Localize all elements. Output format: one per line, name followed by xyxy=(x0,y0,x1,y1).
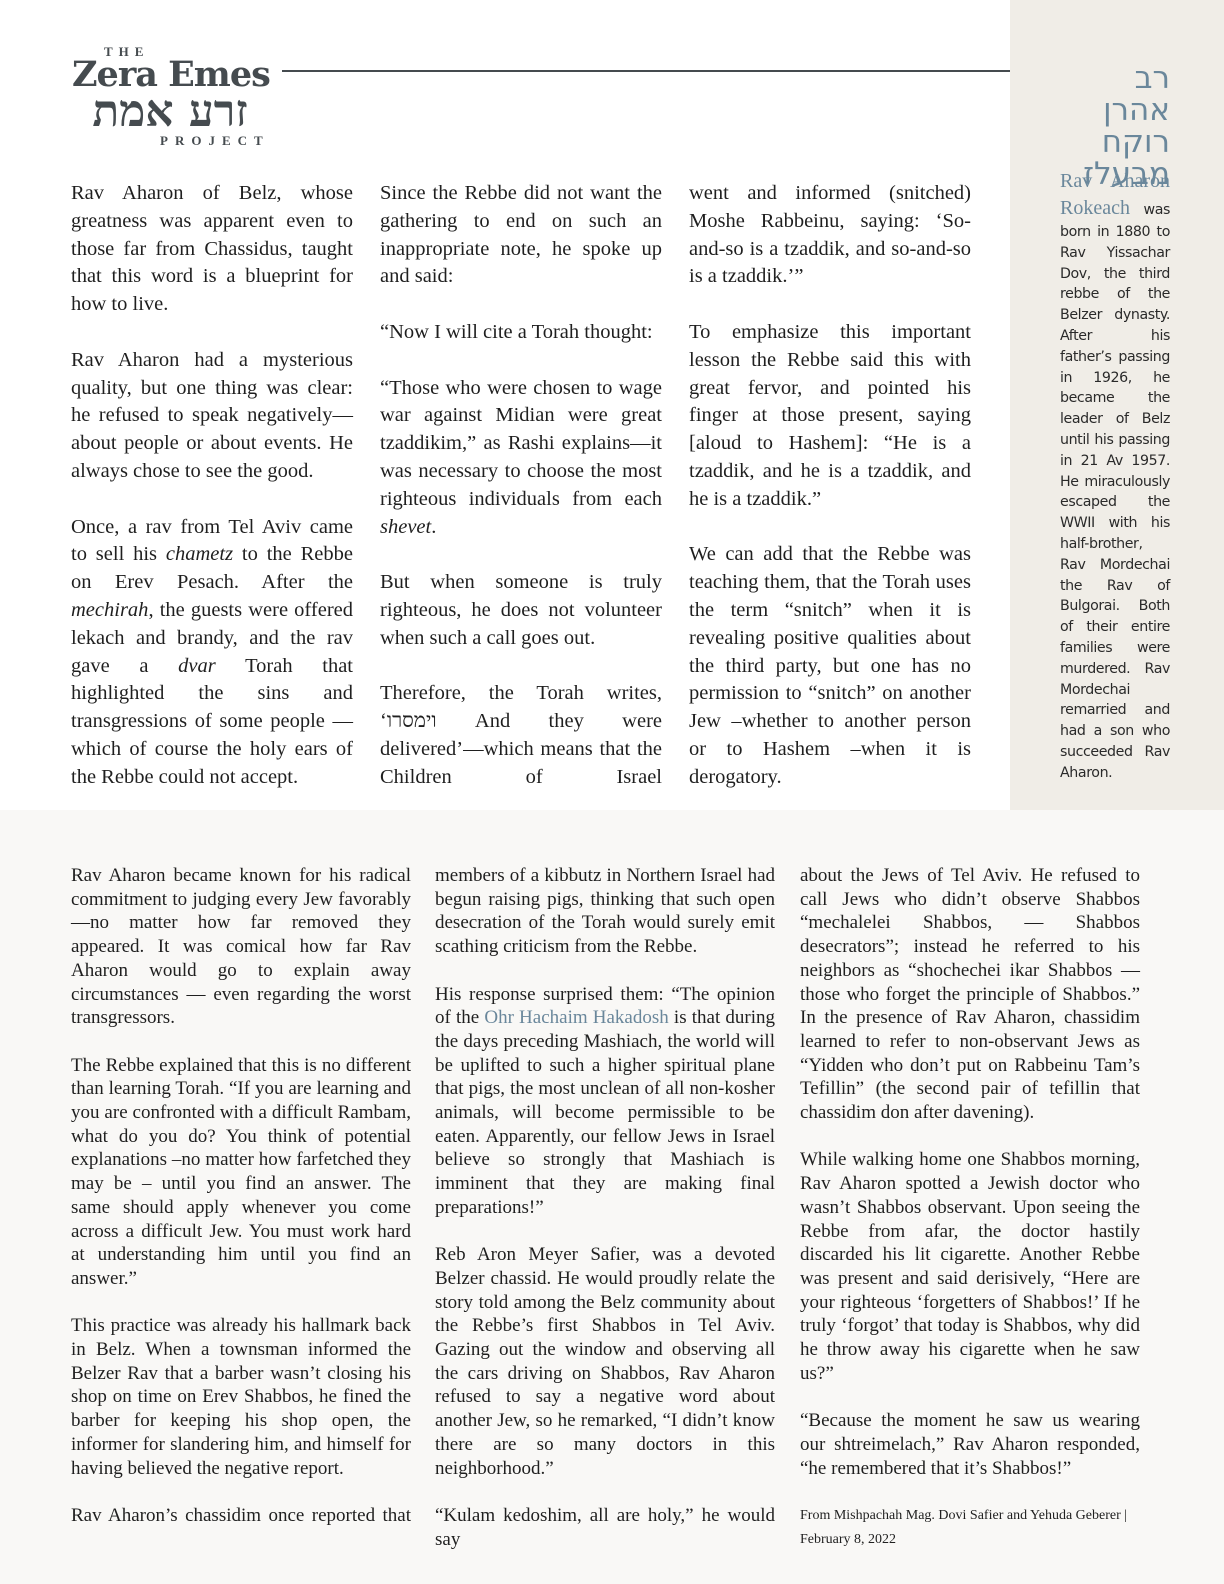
paragraph: Rav Aharon’s chassidim once reported tha… xyxy=(71,1504,411,1528)
paragraph: This practice was already his hallmark b… xyxy=(71,1314,411,1480)
paragraph: members of a kibbutz in Northern Israel … xyxy=(435,864,775,959)
article-column-6: about the Jews of Tel Aviv. He refused t… xyxy=(800,864,1140,1552)
paragraph: His response surprised them: “The opinio… xyxy=(435,983,775,1220)
logo-hebrew: זרע אמת xyxy=(72,90,268,134)
source-credit: From Mishpachah Mag. Dovi Safier and Yeh… xyxy=(800,1504,1140,1552)
article-column-2: Since the Rebbe did not want the gatheri… xyxy=(380,180,662,819)
paragraph: “Now I will cite a Torah thought: xyxy=(380,319,662,347)
paragraph: But when someone is truly righteous, he … xyxy=(380,569,662,652)
article-column-3: went and informed (snitched) Moshe Rabbe… xyxy=(689,180,971,819)
paragraph: Therefore, the Torah writes, ‘וימסרו And… xyxy=(380,680,662,791)
header-rule xyxy=(282,70,1010,72)
sidebar-bio: Rav Aharon Rokeach was born in 1880 to R… xyxy=(1060,168,1170,784)
paragraph: went and informed (snitched) Moshe Rabbe… xyxy=(689,180,971,291)
article-column-5: members of a kibbutz in Northern Israel … xyxy=(435,864,775,1575)
paragraph: “Because the moment he saw us wearing ou… xyxy=(800,1409,1140,1480)
paragraph: “Those who were chosen to wage war again… xyxy=(380,375,662,542)
paragraph: Rav Aharon became known for his radical … xyxy=(71,864,411,1030)
paragraph: “Kulam kedoshim, all are holy,” he would… xyxy=(435,1504,775,1551)
paragraph: Since the Rebbe did not want the gatheri… xyxy=(380,180,662,291)
logo-project: PROJECT xyxy=(160,133,270,149)
article-column-4: Rav Aharon became known for his radical … xyxy=(71,864,411,1551)
paragraph: The Rebbe explained that this is no diff… xyxy=(71,1054,411,1291)
paragraph: Rav Aharon of Belz, whose greatness was … xyxy=(71,180,353,319)
paragraph: We can add that the Rebbe was teaching t… xyxy=(689,541,971,791)
paragraph: Reb Aron Meyer Safier, was a devoted Bel… xyxy=(435,1243,775,1480)
biography-sidebar: רב אהרן רוקח מבעלז Rav Aharon Rokeach wa… xyxy=(1010,0,1224,810)
paragraph: about the Jews of Tel Aviv. He refused t… xyxy=(800,864,1140,1125)
paragraph: Rav Aharon had a mysterious quality, but… xyxy=(71,347,353,486)
paragraph: While walking home one Shabbos morning, … xyxy=(800,1148,1140,1385)
paragraph: Once, a rav from Tel Aviv came to sell h… xyxy=(71,514,353,792)
article-column-1: Rav Aharon of Belz, whose greatness was … xyxy=(71,180,353,819)
ohr-hachaim-link[interactable]: Ohr Hachaim Hakadosh xyxy=(484,1007,668,1028)
paragraph: To emphasize this important lesson the R… xyxy=(689,319,971,514)
